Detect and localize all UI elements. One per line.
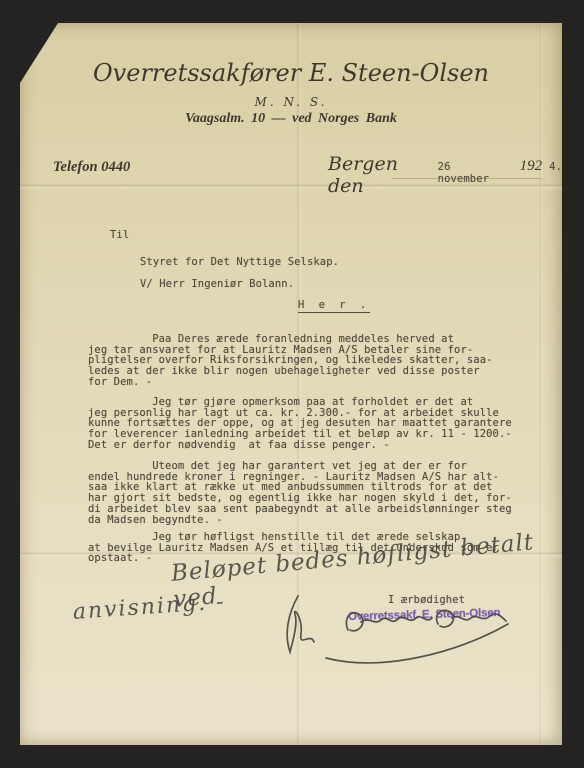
letter-page: Overretssakfører E. Steen-Olsen M. N. S.…: [20, 23, 562, 745]
signature-olsen-rest: [452, 614, 506, 621]
dateline-rule: [392, 178, 542, 179]
letterhead-credentials: M. N. S.: [20, 95, 562, 109]
photo-background: { "letterhead": { "name": "Overretssakfø…: [0, 0, 584, 768]
handwritten-signature: [260, 588, 540, 698]
recipient-line2: V/ Herr Ingeniør Bolann.: [140, 278, 294, 290]
letterhead-name: Overretssakfører E. Steen-Olsen: [20, 59, 562, 87]
dateline-place-printed: Bergen den: [328, 153, 431, 197]
body-paragraph-1: Paa Deres ærede foranledning meddeles he…: [88, 334, 493, 388]
recipient-line1: Styret for Det Nyttige Selskap.: [140, 256, 339, 268]
body-paragraph-3: Uteom det jeg har garantert vet jeg at d…: [88, 461, 512, 525]
body-paragraph-2: Jeg tør gjøre opmerksom paa at forholdet…: [88, 397, 512, 451]
dateline-year-typed: 4.: [549, 161, 562, 173]
dateline-date-typed: 26 november: [438, 161, 503, 185]
signature-flourish: [326, 624, 508, 663]
signature-paraph: [287, 596, 314, 652]
signature-olsen-o: [437, 610, 454, 627]
letterhead-phone: Telefon 0440: [53, 159, 130, 176]
letterhead-address: Vaagsalm. 10 — ved Norges Bank: [20, 111, 562, 127]
dateline-year-printed: 192: [520, 158, 543, 175]
signature-steen: [361, 617, 432, 622]
dateline: Bergen den 26 november 1924.: [328, 153, 562, 197]
handwritten-note-line2: anvisning. -: [72, 589, 226, 625]
recipient-to-label: Til: [110, 229, 129, 241]
recipient-here-label: H e r .: [298, 299, 370, 313]
